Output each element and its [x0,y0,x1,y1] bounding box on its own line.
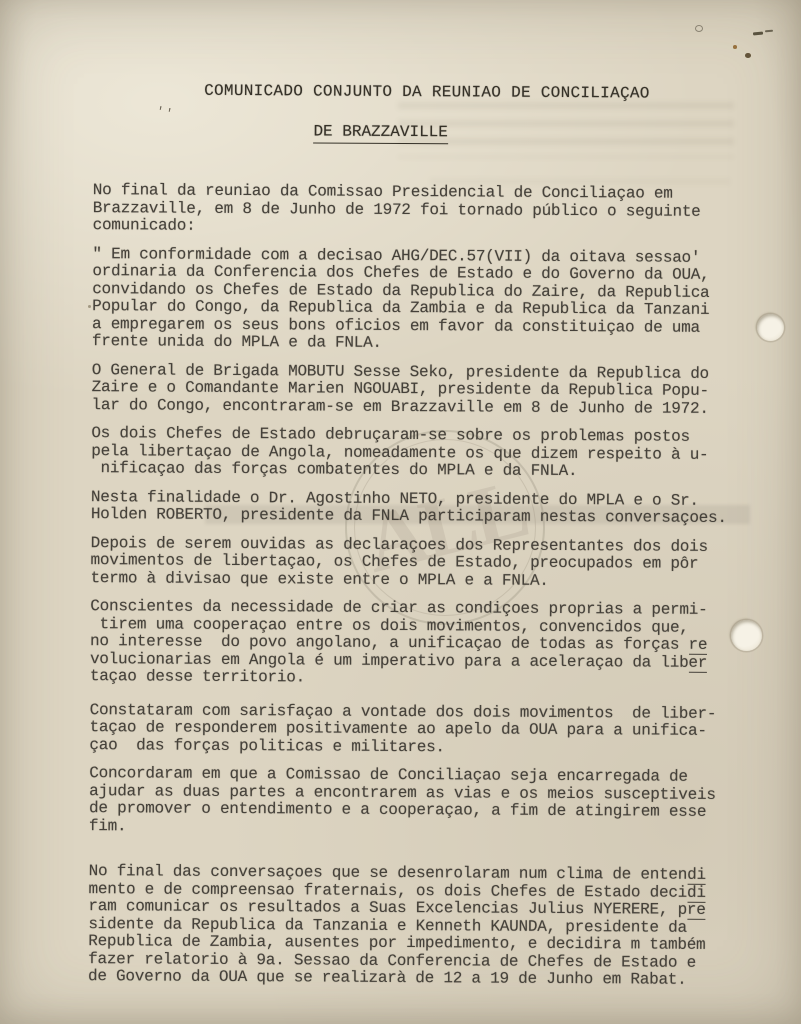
paragraph: Concordaram em que a Comissao de Concili… [89,765,756,839]
ink-ring-mark [695,25,703,32]
document-subtitle: DE BRAZZAVILLE [313,122,448,144]
hole-punch [757,314,784,341]
paper-speck [745,53,751,58]
hole-punch [731,620,762,651]
paragraph: Nesta finalidade o Dr. Agostinho NETO, p… [91,489,758,528]
text-line: Holden ROBERTO, presidente da FNLA parti… [91,506,758,528]
paragraph: Constataram com sarisfaçao a vontade dos… [89,702,756,759]
paragraph: No final da reuniao da Comissao Presiden… [93,182,760,239]
text-line: de Governo da OUA que se realizarà de 12… [88,968,755,990]
document-page: ALL COMUNICADO CONJUNTO DA REUNIAO DE CO… [0,0,801,1024]
paragraph: Depois de serem ouvidas as declaraçoes d… [90,535,757,592]
paragraph: " Em conformidade com a decisao AHG/DEC.… [92,246,760,355]
paragraph: O General de Brigada MOBUTU Sesse Seko, … [91,362,758,419]
paper-speck [733,45,737,49]
document-body: No final da reuniao da Comissao Presiden… [88,182,760,990]
paragraph: Conscientes da necessidade de criar as c… [90,598,758,690]
paragraph: Os dois Chefes de Estado debruçaram-se s… [91,425,758,482]
document-subtitle-row: DE BRAZZAVILLE [47,120,714,144]
typed-content: COMUNICADO CONJUNTO DA REUNIAO DE CONCIL… [0,0,801,990]
paper-speck [88,305,91,308]
document-title: COMUNICADO CONJUNTO DA REUNIAO DE CONCIL… [93,80,760,104]
text-line: lar do Congo, encontraram-se em Brazzavi… [91,397,758,419]
paragraph: No final das conversaçoes que se desenro… [88,863,756,990]
